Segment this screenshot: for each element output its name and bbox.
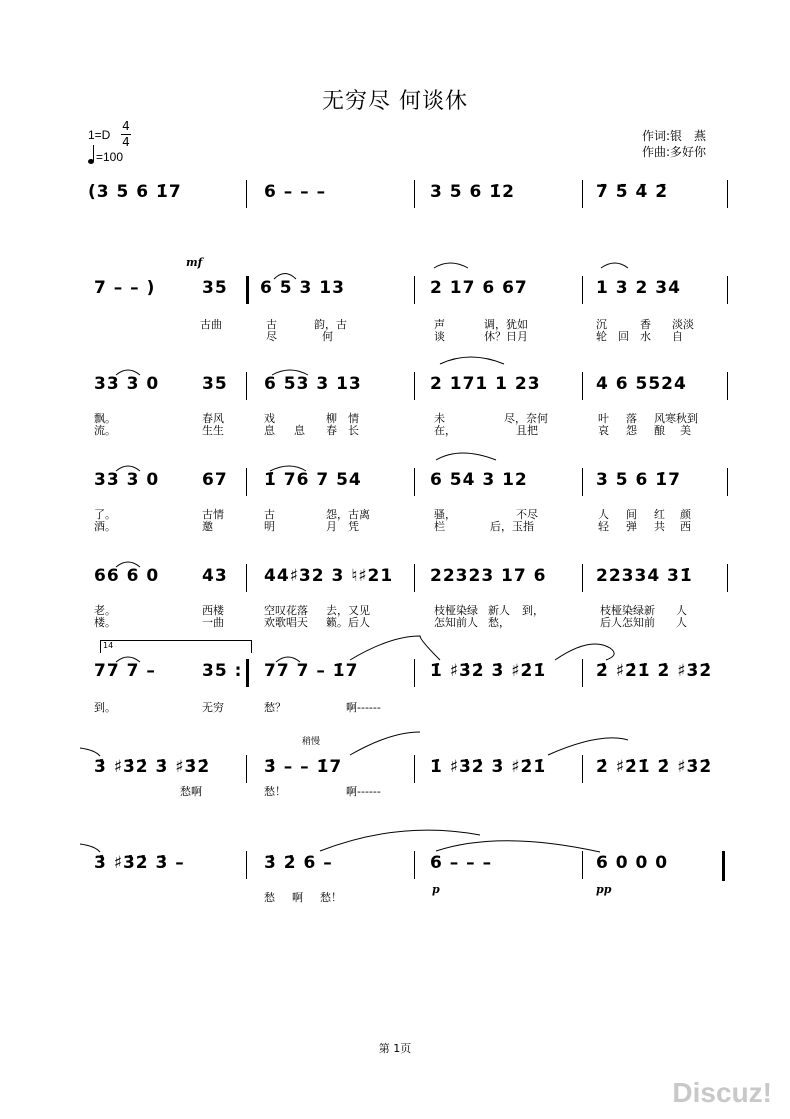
lyric: 自	[672, 330, 683, 343]
lyric: 弹	[626, 520, 637, 533]
lyric: 愁！	[320, 891, 342, 904]
lyric: 明	[264, 520, 275, 533]
dynamic-pp: pp	[596, 883, 611, 896]
lyric: 邀	[202, 520, 213, 533]
lyric: 息	[264, 424, 275, 437]
measure: 6 0 0 0	[596, 853, 668, 873]
measure: 77 7 –	[94, 661, 156, 681]
measure: 35	[202, 278, 228, 298]
system-6: 77 7 – 35 : 77 7 – 1̇7 1̇ ♯3̇2̇ 3̇ ♯2̇1̇…	[84, 661, 730, 691]
lyric: 到，	[522, 604, 544, 617]
final-barline	[722, 851, 725, 881]
lyric: 谈	[434, 330, 445, 343]
measure: (3 5 6 1̇7	[88, 182, 182, 202]
lyric: 愁！	[264, 785, 286, 798]
measure: 4 6 5524	[596, 374, 687, 394]
tempo-annotation: 稍慢	[302, 736, 320, 749]
measure: 3 5 6 1̇2	[430, 182, 515, 202]
lyric: 欢歌唱天	[264, 616, 308, 629]
lyric: 人	[676, 616, 687, 629]
measure: 43	[202, 566, 228, 586]
lyric: 后，玉指	[490, 520, 534, 533]
measure: 3 5 6 1̇7	[596, 470, 681, 490]
song-title: 无穷尽 何谈休	[0, 84, 790, 115]
lyric: 流。	[94, 424, 116, 437]
tempo-value: =100	[96, 150, 123, 164]
measure: 3̇ 2̇ 6 –	[264, 853, 333, 873]
tempo-marking: =100	[88, 150, 123, 164]
measure: 66 6 0	[94, 566, 159, 586]
measure: 77 7 – 1̇7	[264, 661, 358, 681]
quarter-note-icon	[88, 159, 94, 164]
page-number: 第 1页	[0, 1040, 790, 1056]
measure: 33 3 0	[94, 470, 159, 490]
composer: 作曲:多好你	[642, 144, 706, 160]
lyric: 怨	[626, 424, 637, 437]
lyric: 何	[322, 330, 333, 343]
system-7: 3̇ ♯3̇2̇ 3̇ ♯3̇2̇ 3̇ – – 1̇7 1̇ ♯3̇2̇ 3̇…	[84, 757, 730, 787]
lyric: 长	[348, 424, 359, 437]
lyric: 栏	[434, 520, 445, 533]
lyric: 愁，	[488, 616, 510, 629]
volta-bracket: 14	[100, 640, 252, 653]
lyric: 月	[326, 520, 337, 533]
lyric: 且把	[516, 424, 538, 437]
lyric: 生生	[202, 424, 224, 437]
lyric: 美	[680, 424, 691, 437]
volta-number: 14	[103, 641, 113, 650]
credits: 作词:银 燕 作曲:多好你	[642, 128, 706, 160]
measure: 35 :	[202, 661, 242, 681]
measure: 33 3 0	[94, 374, 159, 394]
measure: 6 – – –	[264, 182, 326, 202]
lyric: 籁。后人	[326, 616, 370, 629]
lyric: 一曲	[202, 616, 224, 629]
lyric: 轮	[596, 330, 607, 343]
system-4: 33 3 0 67 1̇ 76 7 54 6 54 3 12 3 5 6 1̇7…	[84, 470, 730, 500]
lyric: 在，	[434, 424, 456, 437]
lyric: 共	[654, 520, 665, 533]
measure: 22334 31̇	[596, 566, 693, 586]
lyric: 啊	[292, 891, 303, 904]
lyric: 后人怎知前	[600, 616, 655, 629]
lyricist: 作词:银 燕	[642, 128, 706, 144]
measure: 1̇ ♯3̇2̇ 3̇ ♯2̇1̇	[430, 757, 546, 777]
time-sig-top: 4	[120, 120, 132, 133]
lyric: 酿	[654, 424, 665, 437]
measure: 7̄ 5̄ 4̄ 2̄	[596, 182, 668, 202]
system-8: 3̇ ♯3̇2̇ 3̇ – 3̇ 2̇ 6 – 6 – – – 6 0 0 0 …	[84, 853, 730, 883]
lyric: 尽	[266, 330, 277, 343]
system-1: (3 5 6 1̇7 6 – – – 3 5 6 1̇2 7̄ 5̄ 4̄ 2̄	[84, 182, 730, 212]
lyric: 凭	[348, 520, 359, 533]
measure: 67	[202, 470, 228, 490]
lyric: 愁？	[264, 701, 286, 714]
lyric: 无穷	[202, 701, 224, 714]
key-signature: 1=D	[88, 128, 110, 142]
measure: 6 54 3 12	[430, 470, 528, 490]
measure: 35	[202, 374, 228, 394]
lyric: 哀	[598, 424, 609, 437]
lyric: 楼。	[94, 616, 116, 629]
measure: 2̇ ♯2̇1̇ 2̇ ♯3̇2̇	[596, 661, 712, 681]
system-5: 66 6 0 43 44♯32 3 ♮♯21 22323 17 6 22334 …	[84, 566, 730, 596]
lyric: 水	[640, 330, 651, 343]
measure: 1̇ 76 7 54	[264, 470, 362, 490]
lyric: 啊------	[346, 785, 381, 798]
lyric: 到。	[94, 701, 116, 714]
lyric: 怎知前人	[434, 616, 478, 629]
measure: 2 17 6 67	[430, 278, 528, 298]
measure: 1̇ ♯3̇2̇ 3̇ ♯2̇1̇	[430, 661, 546, 681]
measure: 3̇ ♯3̇2̇ 3̇ –	[94, 853, 185, 873]
lyric: 休？日月	[484, 330, 528, 343]
measure: 1 3 2 34	[596, 278, 681, 298]
measure: 2̇ ♯2̇1̇ 2̇ ♯3̇2̇	[596, 757, 712, 777]
lyric: 息	[294, 424, 305, 437]
measure: 6 53 3 13	[264, 374, 362, 394]
measure: 3̇ – – 1̇7	[264, 757, 342, 777]
time-signature: 4 4	[120, 120, 132, 149]
measure: 44♯32 3 ♮♯21	[264, 566, 393, 586]
lyric: 春	[326, 424, 337, 437]
dynamic-p: p	[432, 883, 440, 896]
slur-lines	[0, 0, 790, 1119]
measure: 22323 17 6	[430, 566, 546, 586]
measure: 7 – – )	[94, 278, 155, 298]
lyric: 愁啊	[180, 785, 202, 798]
measure: 2 171 1 23	[430, 374, 541, 394]
measure: 6 – – –	[430, 853, 492, 873]
lyric: 古曲	[200, 318, 222, 331]
watermark: Discuz!	[672, 1077, 772, 1109]
lyric: 轻	[598, 520, 609, 533]
time-sig-bottom: 4	[120, 136, 132, 149]
system-2: 7 – – ) 35 6 5 3 13 2 17 6 67 1 3 2 34 古…	[84, 278, 730, 308]
dynamic-mf: mf	[186, 256, 202, 269]
lyric: 啊------	[346, 701, 381, 714]
lyric: 西	[680, 520, 691, 533]
lyric: 酒。	[94, 520, 116, 533]
system-3: 33 3 0 35 6 53 3 13 2 171 1 23 4 6 5524 …	[84, 374, 730, 404]
measure: 3̇ ♯3̇2̇ 3̇ ♯3̇2̇	[94, 757, 210, 777]
lyric: 愁	[264, 891, 275, 904]
measure: 6 5 3 13	[260, 278, 345, 298]
lyric: 回	[618, 330, 629, 343]
